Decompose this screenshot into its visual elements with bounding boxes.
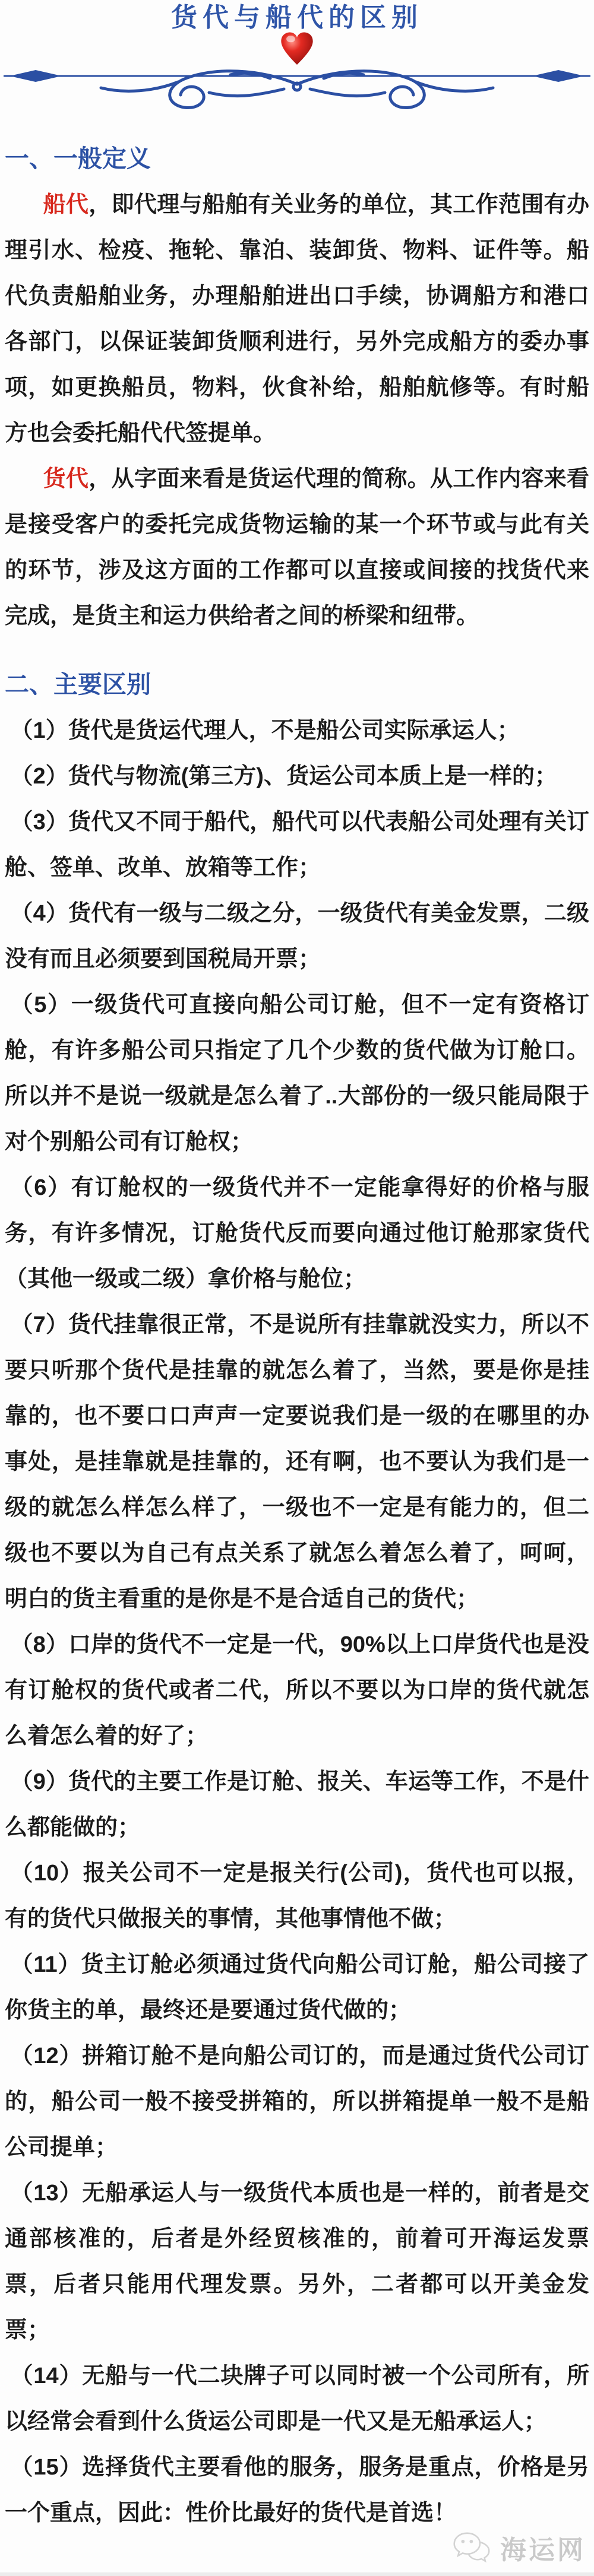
section-heading-differences: 二、主要区别 — [5, 661, 589, 708]
list-item: （14）无船与一代二块牌子可以同时被一个公司所有，所以经常会看到什么货运公司即是… — [5, 2353, 589, 2445]
list-item: （13）无船承运人与一级货代本质也是一样的，前者是交通部核准的，后者是外经贸核准… — [5, 2171, 589, 2353]
article-body: 一、一般定义 船代，即代理与船舶有关业务的单位，其工作范围有办理引水、检疫、拖轮… — [0, 135, 594, 2536]
list-item: （9）货代的主要工作是订舱、报关、车运等工作，不是什么都能做的； — [5, 1759, 589, 1851]
definition-freight-forwarder: 货代，从字面来看是货运代理的简称。从工作内容来看是接受客户的委托完成货物运输的某… — [5, 456, 589, 639]
list-item: （3）货代又不同于船代，船代可以代表船公司处理有关订舱、签单、改单、放箱等工作； — [5, 800, 589, 891]
list-item: （8）口岸的货代不一定是一代，90%以上口岸货代也是没有订舱权的货代或者二代，所… — [5, 1622, 589, 1759]
watermark: 海运网 — [453, 2529, 586, 2567]
list-item: （2）货代与物流(第三方)、货运公司本质上是一样的； — [5, 754, 589, 800]
bottom-edge — [0, 2572, 594, 2576]
list-item: （1）货代是货运代理人，不是船公司实际承运人； — [5, 708, 589, 754]
article-page: 货代与船代的区别 — [0, 0, 594, 2576]
list-item: （11）货主订舱必须通过货代向船公司订舱，船公司接了你货主的单，最终还是要通过货… — [5, 1942, 589, 2033]
definition-shipping-agent: 船代，即代理与船舶有关业务的单位，其工作范围有办理引水、检疫、拖轮、靠泊、装卸货… — [5, 182, 589, 456]
list-item: （4）货代有一级与二级之分，一级货代有美金发票，二级没有而且必须要到国税局开票； — [5, 891, 589, 982]
list-item: （6）有订舱权的一级货代并不一定能拿得好的价格与服务，有许多情况，订舱货代反而要… — [5, 1165, 589, 1302]
term-freight-forwarder: 货代 — [43, 467, 89, 491]
heart-icon — [279, 28, 315, 70]
watermark-label: 海运网 — [500, 2529, 586, 2567]
article-header: 货代与船代的区别 — [0, 0, 594, 113]
term-shipping-agent: 船代 — [43, 192, 89, 217]
wechat-logo-icon — [453, 2531, 491, 2564]
definition-freight-forwarder-text: ，从字面来看是货运代理的简称。从工作内容来看是接受客户的委托完成货物运输的某一个… — [5, 467, 589, 629]
list-item: （10）报关公司不一定是报关行(公司)，货代也可以报，有的货代只做报关的事情，其… — [5, 1851, 589, 1942]
list-item: （12）拼箱订舱不是向船公司订的，而是通过货代公司订的，船公司一般不接受拼箱的，… — [5, 2033, 589, 2171]
list-item: （7）货代挂靠很正常，不是说所有挂靠就没实力，所以不要只听那个货代是挂靠的就怎么… — [5, 1302, 589, 1622]
definition-shipping-agent-text: ，即代理与船舶有关业务的单位，其工作范围有办理引水、检疫、拖轮、靠泊、装卸货、物… — [5, 192, 589, 446]
section-heading-definitions: 一、一般定义 — [5, 135, 589, 182]
list-item: （15）选择货代主要看他的服务，服务是重点，价格是另一个重点，因此：性价比最好的… — [5, 2445, 589, 2536]
list-item: （5）一级货代可直接向船公司订舱，但不一定有资格订舱，有许多船公司只指定了几个少… — [5, 982, 589, 1165]
